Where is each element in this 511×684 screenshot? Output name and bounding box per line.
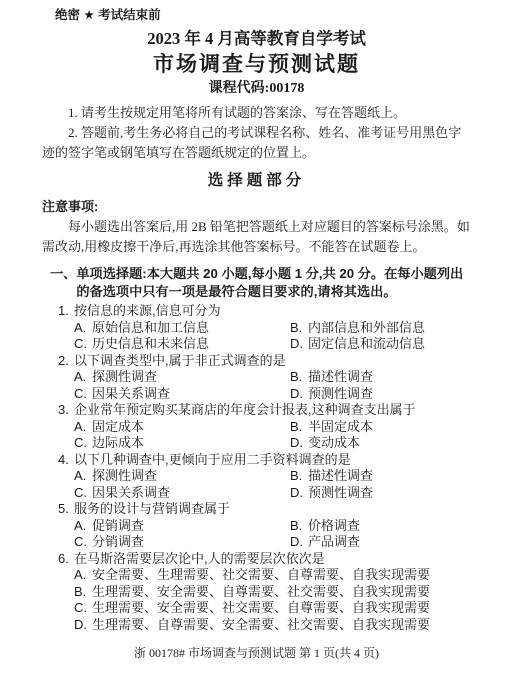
question-stem: 按信息的来源,信息可分为 [74, 303, 471, 320]
option-text: 描述性调查 [308, 468, 471, 485]
option-a: A. 安全需要、生理需要、社交需要、自尊需要、自我实现需要 [74, 567, 471, 584]
option-d: D. 预测性调查 [290, 485, 471, 502]
question-stem: 以下调查类型中,属于非正式调查的是 [74, 353, 471, 370]
option-label: A. [74, 320, 92, 337]
option-label: C. [74, 534, 92, 551]
option-d: D. 变动成本 [290, 435, 471, 452]
option-text: 生理需要、安全需要、社交需要、自尊需要、自我实现需要 [92, 600, 471, 617]
option-label: B. [290, 468, 308, 485]
option-label: A. [74, 419, 92, 436]
question-number: 2. [58, 353, 74, 370]
classification-banner: 绝密 ★ 考试结束前 [55, 8, 471, 22]
exam-paper-page: 绝密 ★ 考试结束前 2023 年 4 月高等教育自学考试 市场调查与预测试题 … [0, 0, 511, 684]
option-b: B. 内部信息和外部信息 [290, 320, 471, 337]
general-instructions: 1. 请考生按规定用笔将所有试题的答案涂、写在答题纸上。 2. 答题前,考生务必… [42, 103, 471, 163]
option-text: 描述性调查 [308, 369, 471, 386]
option-text: 产品调查 [308, 534, 471, 551]
option-text: 生理需要、自尊需要、安全需要、社交需要、自我实现需要 [92, 617, 471, 634]
option-text: 因果关系调查 [92, 386, 290, 403]
page-title: 市场调查与预测试题 [42, 52, 471, 78]
question-stem: 服务的设计与营销调查属于 [74, 501, 471, 518]
option-a: A. 探测性调查 [74, 468, 290, 485]
option-c: C. 生理需要、安全需要、社交需要、自尊需要、自我实现需要 [74, 600, 471, 617]
question-number: 4. [58, 452, 74, 469]
option-text: 预测性调查 [308, 485, 471, 502]
option-d: D. 生理需要、自尊需要、安全需要、社交需要、自我实现需要 [74, 617, 471, 634]
question-stem: 在马斯洛需要层次论中,人的需要层次依次是 [74, 551, 471, 568]
question-1: 1. 按信息的来源,信息可分为 A. 原始信息和加工信息 B. 内部信息和外部信… [58, 303, 471, 353]
question-5: 5. 服务的设计与营销调查属于 A. 促销调查 B. 价格调查 C. 分销调查 … [58, 501, 471, 551]
question-3: 3. 企业常年预定购买某商店的年度会计报表,这种调查支出属于 A. 固定成本 B… [58, 402, 471, 452]
option-label: B. [290, 419, 308, 436]
option-text: 因果关系调查 [92, 485, 290, 502]
question-list: 1. 按信息的来源,信息可分为 A. 原始信息和加工信息 B. 内部信息和外部信… [58, 303, 471, 633]
option-b: B. 描述性调查 [290, 468, 471, 485]
option-b: B. 生理需要、安全需要、自尊需要、社交需要、自我实现需要 [74, 584, 471, 601]
option-label: C. [74, 600, 92, 617]
option-b: B. 价格调查 [290, 518, 471, 535]
course-code: 课程代码:00178 [42, 80, 471, 97]
question-number: 1. [58, 303, 74, 320]
option-label: A. [74, 567, 92, 584]
option-text: 半固定成本 [308, 419, 471, 436]
option-label: A. [74, 369, 92, 386]
option-c: C. 因果关系调查 [74, 485, 290, 502]
option-label: B. [74, 584, 92, 601]
notice-label: 注意事项: [42, 197, 471, 217]
option-label: D. [290, 386, 308, 403]
option-a: A. 促销调查 [74, 518, 290, 535]
option-b: B. 半固定成本 [290, 419, 471, 436]
option-label: B. [290, 320, 308, 337]
option-label: A. [74, 518, 92, 535]
question-6: 6. 在马斯洛需要层次论中,人的需要层次依次是 A. 安全需要、生理需要、社交需… [58, 551, 471, 634]
option-text: 预测性调查 [308, 386, 471, 403]
part-one-heading: 一、 单项选择题:本大题共 20 小题,每小题 1 分,共 20 分。在每小题列… [50, 265, 471, 301]
option-text: 生理需要、安全需要、自尊需要、社交需要、自我实现需要 [92, 584, 471, 601]
question-4: 4. 以下几种调查中,更倾向于应用二手资料调查的是 A. 探测性调查 B. 描述… [58, 452, 471, 502]
option-a: A. 探测性调查 [74, 369, 290, 386]
question-number: 3. [58, 402, 74, 419]
option-label: B. [290, 518, 308, 535]
option-text: 促销调查 [92, 518, 290, 535]
option-text: 内部信息和外部信息 [308, 320, 471, 337]
option-label: D. [74, 617, 92, 634]
option-c: C. 因果关系调查 [74, 386, 290, 403]
option-label: A. [74, 468, 92, 485]
question-stem: 企业常年预定购买某商店的年度会计报表,这种调查支出属于 [74, 402, 471, 419]
option-text: 安全需要、生理需要、社交需要、自尊需要、自我实现需要 [92, 567, 471, 584]
exam-session-title: 2023 年 4 月高等教育自学考试 [42, 29, 471, 49]
option-text: 探测性调查 [92, 468, 290, 485]
part-one-number: 一、 [50, 265, 76, 301]
question-stem: 以下几种调查中,更倾向于应用二手资料调查的是 [74, 452, 471, 469]
option-label: D. [290, 534, 308, 551]
option-label: C. [74, 485, 92, 502]
option-a: A. 原始信息和加工信息 [74, 320, 290, 337]
question-number: 5. [58, 501, 74, 518]
option-text: 分销调查 [92, 534, 290, 551]
option-d: D. 预测性调查 [290, 386, 471, 403]
option-c: C. 历史信息和未来信息 [74, 336, 290, 353]
option-text: 固定成本 [92, 419, 290, 436]
option-text: 原始信息和加工信息 [92, 320, 290, 337]
option-label: B. [290, 369, 308, 386]
option-a: A. 固定成本 [74, 419, 290, 436]
option-text: 变动成本 [308, 435, 471, 452]
option-label: D. [290, 336, 308, 353]
instruction-item-1: 1. 请考生按规定用笔将所有试题的答案涂、写在答题纸上。 [42, 103, 471, 123]
option-c: C. 分销调查 [74, 534, 290, 551]
instruction-item-2: 2. 答题前,考生务必将自己的考试课程名称、姓名、准考证号用黑色字迹的签字笔或钢… [42, 123, 471, 163]
option-text: 固定信息和流动信息 [308, 336, 471, 353]
option-d: D. 产品调查 [290, 534, 471, 551]
question-2: 2. 以下调查类型中,属于非正式调查的是 A. 探测性调查 B. 描述性调查 C… [58, 353, 471, 403]
section-title: 选择题部分 [42, 171, 471, 191]
option-b: B. 描述性调查 [290, 369, 471, 386]
option-text: 探测性调查 [92, 369, 290, 386]
page-footer: 浙 00178# 市场调查与预测试题 第 1 页(共 4 页) [42, 645, 471, 661]
option-text: 边际成本 [92, 435, 290, 452]
option-d: D. 固定信息和流动信息 [290, 336, 471, 353]
option-label: C. [74, 336, 92, 353]
notice-body: 每小题选出答案后,用 2B 铅笔把答题纸上对应题目的答案标号涂黑。如需改动,用橡… [42, 217, 471, 257]
option-label: D. [290, 435, 308, 452]
question-number: 6. [58, 551, 74, 568]
option-text: 价格调查 [308, 518, 471, 535]
part-one-text: 单项选择题:本大题共 20 小题,每小题 1 分,共 20 分。在每小题列出的备… [76, 265, 471, 301]
option-label: D. [290, 485, 308, 502]
option-c: C. 边际成本 [74, 435, 290, 452]
option-label: C. [74, 435, 92, 452]
option-text: 历史信息和未来信息 [92, 336, 290, 353]
option-label: C. [74, 386, 92, 403]
